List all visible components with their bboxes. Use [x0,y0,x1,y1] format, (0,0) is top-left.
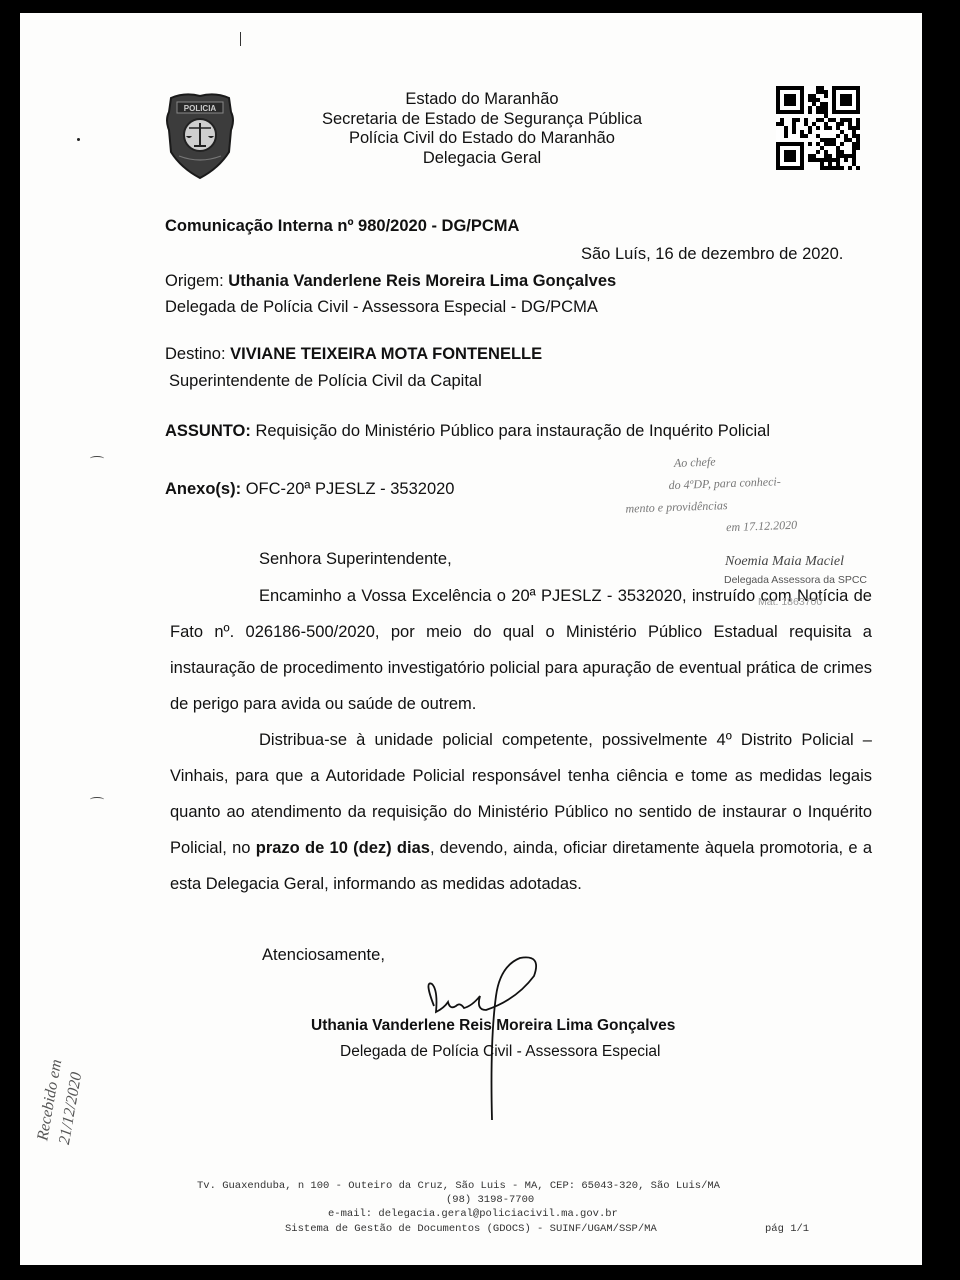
margin-mark [240,32,241,46]
signer-role: Delegada de Polícia Civil - Assessora Es… [340,1043,661,1061]
signer-name: Uthania Vanderlene Reis Moreira Lima Gon… [311,1017,675,1035]
margin-dot [77,138,80,141]
footer-email: e-mail: delegacia.geral@policiacivil.ma.… [328,1208,618,1222]
anexo: Anexo(s): OFC-20ª PJESLZ - 3532020 [165,480,454,499]
destino: Destino: VIVIANE TEIXEIRA MOTA FONTENELL… [165,345,542,364]
destino-role: Superintendente de Polícia Civil da Capi… [169,372,482,391]
stamp-name: Noemia Maia Maciel [725,554,844,570]
hole-mark [90,456,104,461]
stamp-role: Delegada Assessora da SPCC [724,574,867,586]
closing: Atenciosamente, [262,946,385,965]
body-paragraph-2: Distribua-se à unidade policial competen… [170,722,872,902]
anexo-label: Anexo(s): [165,480,241,498]
deadline: prazo de 10 (dez) dias [256,839,430,857]
stamp-mat: Mat. 1863700 [758,596,822,608]
footer-phone: (98) 3198-7700 [446,1194,534,1208]
qr-code-icon [776,86,860,170]
document-date: São Luís, 16 de dezembro de 2020. [581,245,843,264]
destino-label: Destino: [165,345,226,363]
assunto: ASSUNTO: Requisição do Ministério Públic… [165,422,770,441]
origem-role: Delegada de Polícia Civil - Assessora Es… [165,298,598,317]
signature-icon [420,950,560,1130]
origem-name: Uthania Vanderlene Reis Moreira Lima Gon… [228,272,616,290]
assunto-text: Requisição do Ministério Público para in… [255,422,770,440]
document-title: Comunicação Interna nº 980/2020 - DG/PCM… [165,217,519,236]
footer-page: pág 1/1 [765,1223,809,1237]
origem-label: Origem: [165,272,224,290]
destino-name: VIVIANE TEIXEIRA MOTA FONTENELLE [230,345,542,363]
salutation: Senhora Superintendente, [259,550,452,569]
footer-system: Sistema de Gestão de Documentos (GDOCS) … [285,1223,657,1237]
anexo-text: OFC-20ª PJESLZ - 3532020 [246,480,455,498]
handwritten-dispatch-note: Ao chefe do 4ºDP, para conheci- mento e … [664,448,798,541]
origem: Origem: Uthania Vanderlene Reis Moreira … [165,272,616,291]
hole-mark [90,797,104,802]
footer-address: Tv. Guaxenduba, n 100 - Outeiro da Cruz,… [197,1180,720,1194]
assunto-label: ASSUNTO: [165,422,251,440]
